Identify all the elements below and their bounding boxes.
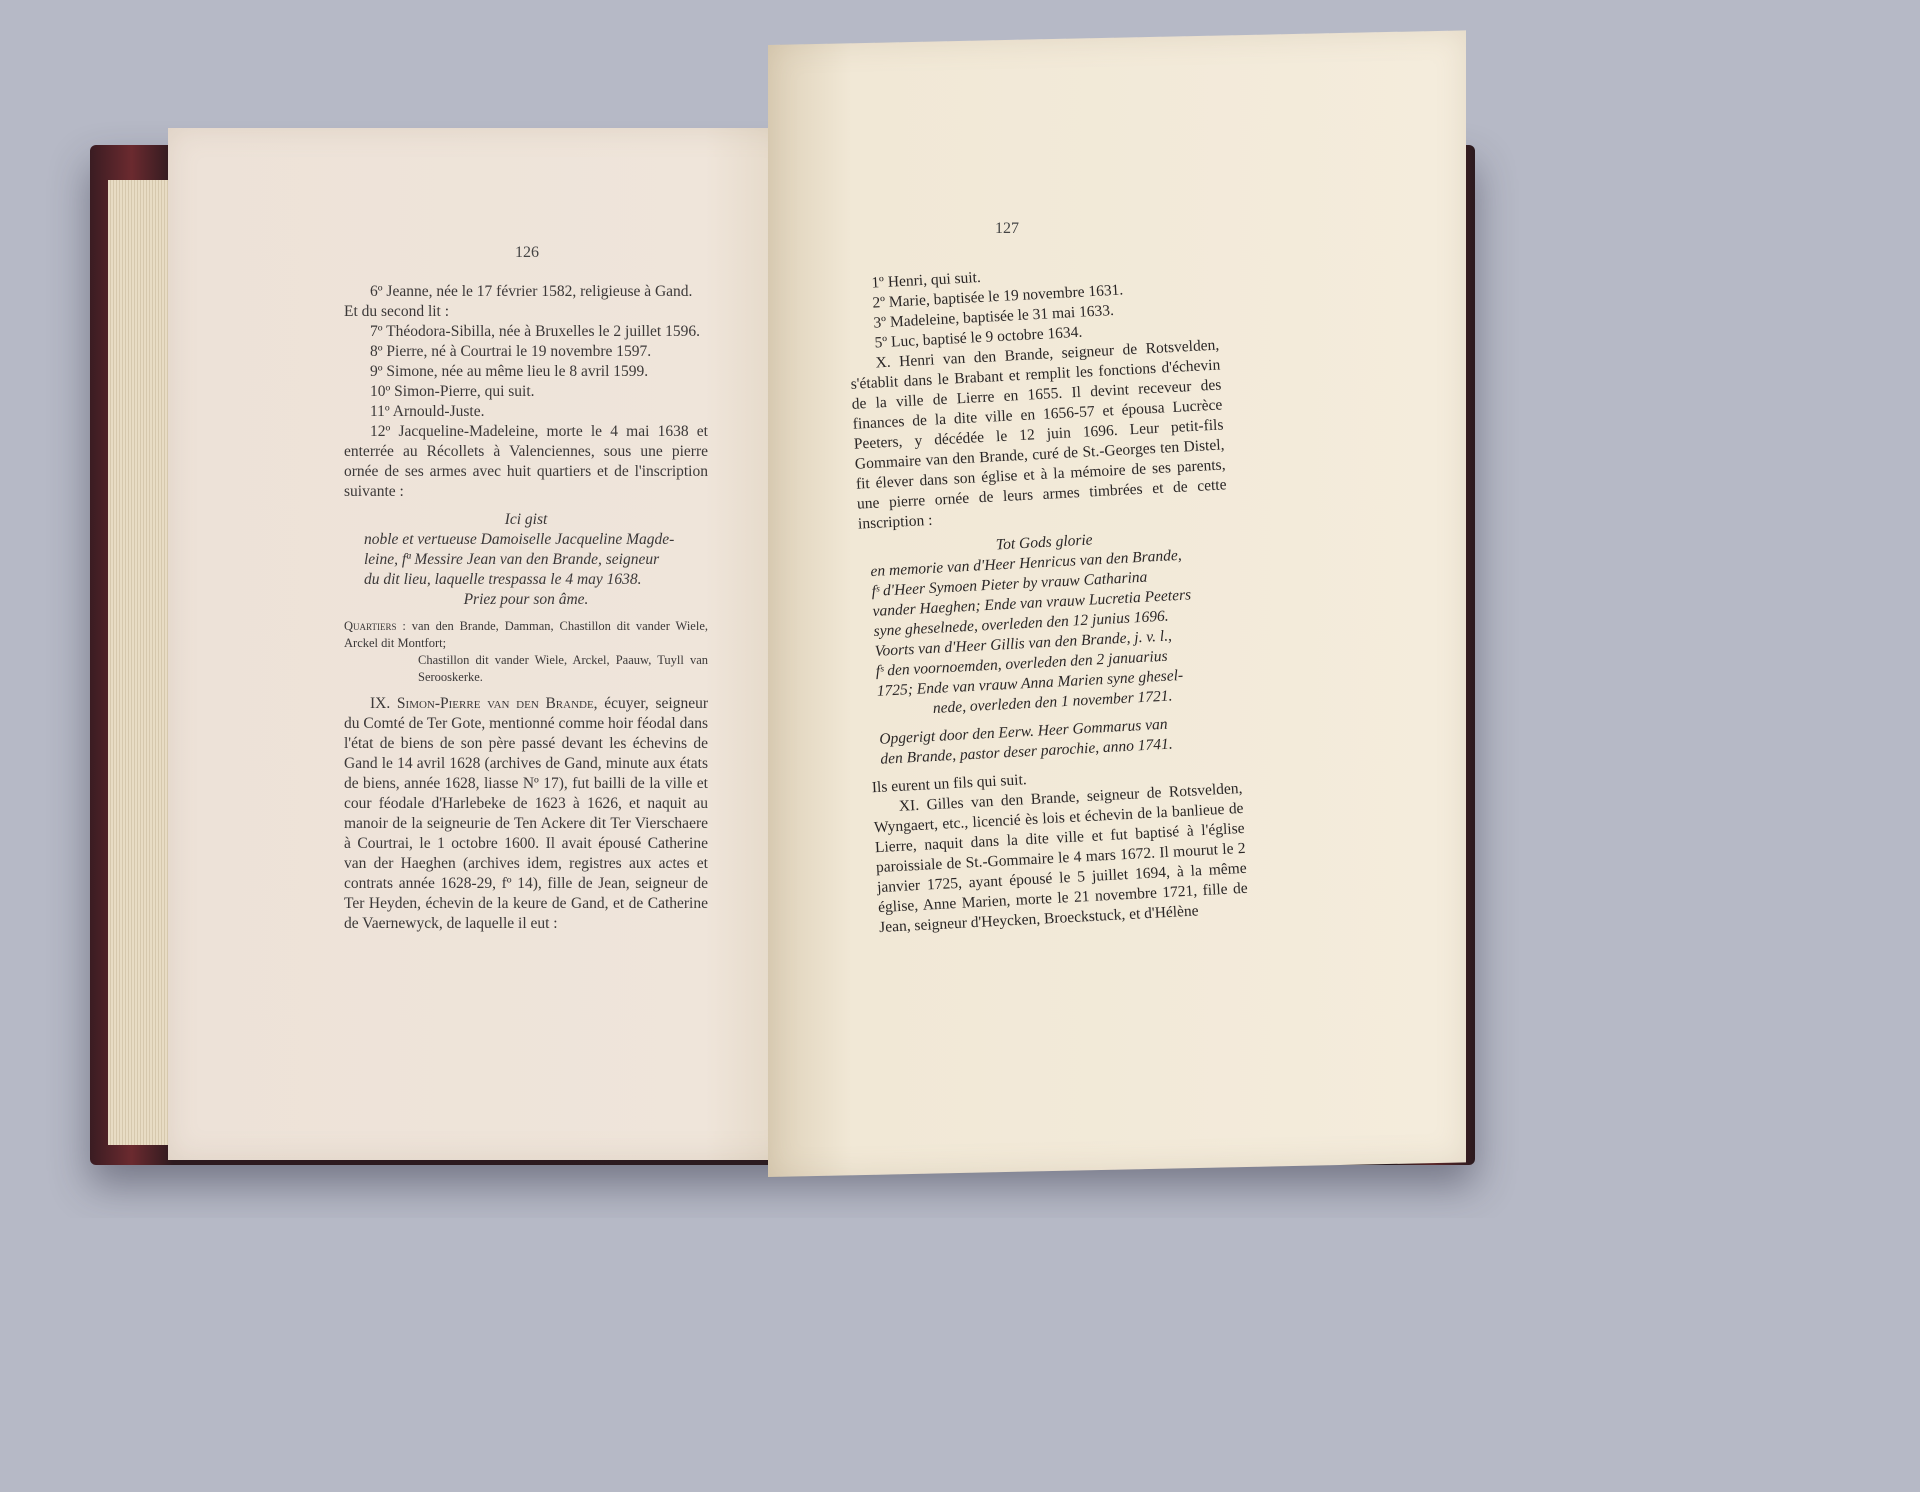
list-item: 10º Simon-Pierre, qui suit. [344, 382, 708, 402]
list-item: Et du second lit : [344, 302, 708, 322]
inscription-line: Ici gist [364, 510, 688, 530]
section-body-ix: écuyer, seigneur du Comté de Ter Gote, m… [344, 695, 708, 932]
inscription-line: leine, fª Messire Jean van den Brande, s… [364, 550, 688, 570]
paragraph-item-12: 12º Jacqueline-Madeleine, morte le 4 mai… [344, 422, 708, 502]
inscription-line: du dit lieu, laquelle trespassa le 4 may… [364, 570, 688, 590]
right-page-text: 1º Henri, qui suit. 2º Marie, baptisée l… [845, 256, 1249, 938]
inscription-block: Ici gist noble et vertueuse Damoiselle J… [344, 510, 708, 610]
left-page-text: 6º Jeanne, née le 17 février 1582, relig… [344, 282, 708, 934]
page-number-right: 127 [995, 220, 1019, 238]
quartiers-line: Chastillon dit vander Wiele, Arckel, Paa… [344, 652, 708, 686]
section-x: X. Henri van den Brande, seigneur de Rot… [849, 336, 1228, 535]
list-item: 7º Théodora-Sibilla, née à Bruxelles le … [344, 322, 708, 342]
inscription-block: Tot Gods glorie en memorie van d'Heer He… [859, 523, 1240, 770]
list-item: 9º Simone, née au même lieu le 8 avril 1… [344, 362, 708, 382]
list-item: 8º Pierre, né à Courtrai le 19 novembre … [344, 342, 708, 362]
quartiers-block: Quartiers : van den Brande, Damman, Chas… [344, 618, 708, 686]
inscription-line: noble et vertueuse Damoiselle Jacqueline… [364, 530, 688, 550]
inscription-line: Priez pour son âme. [364, 590, 688, 610]
section-xi: XI. Gilles van den Brande, seigneur de R… [872, 779, 1249, 938]
section-heading-ix: IX. Simon-Pierre van den Brande, [370, 695, 598, 712]
page-edges [108, 180, 168, 1145]
page-number-left: 126 [515, 244, 539, 262]
quartiers-label: Quartiers : [344, 619, 406, 633]
list-item: 6º Jeanne, née le 17 février 1582, relig… [344, 282, 708, 302]
list-item: 11º Arnould-Juste. [344, 402, 708, 422]
